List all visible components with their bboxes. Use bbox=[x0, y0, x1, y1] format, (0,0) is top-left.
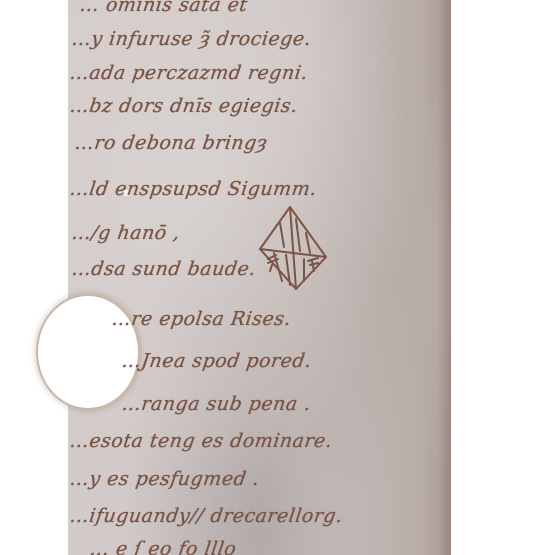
manuscript-line: …re epolsa Rises. bbox=[110, 308, 292, 330]
manuscript-line: … ominis sata et bbox=[78, 0, 249, 16]
manuscript-line: …ifuguandy// drecarellorg. bbox=[68, 505, 344, 527]
manuscript-line: …/g hanō , bbox=[70, 222, 181, 244]
manuscript-line: …ranga sub pena . bbox=[120, 393, 312, 415]
manuscript-line: …ro debona bringȝ bbox=[73, 132, 268, 154]
manuscript-line: …y es pesfugmed . bbox=[68, 468, 260, 490]
manuscript-line: … e ſ eo fo lllo bbox=[88, 538, 237, 555]
manuscript-line: …y infuruse ȝ̃ drociege. bbox=[70, 28, 312, 50]
manuscript-line: …bz dors dnīs egiegis. bbox=[68, 95, 299, 117]
manuscript-line: …Jnea spod pored. bbox=[120, 350, 313, 372]
heraldic-shield-icon bbox=[256, 205, 328, 291]
paper-edge-shadow bbox=[437, 0, 451, 555]
manuscript-line: …ld enspsupsd Sigumm. bbox=[68, 178, 318, 200]
manuscript-line: …esota teng es dominare. bbox=[68, 430, 334, 452]
manuscript-line: …ada perczazmd regni. bbox=[68, 62, 309, 84]
manuscript-line: …dsa sund baude. bbox=[70, 258, 257, 280]
